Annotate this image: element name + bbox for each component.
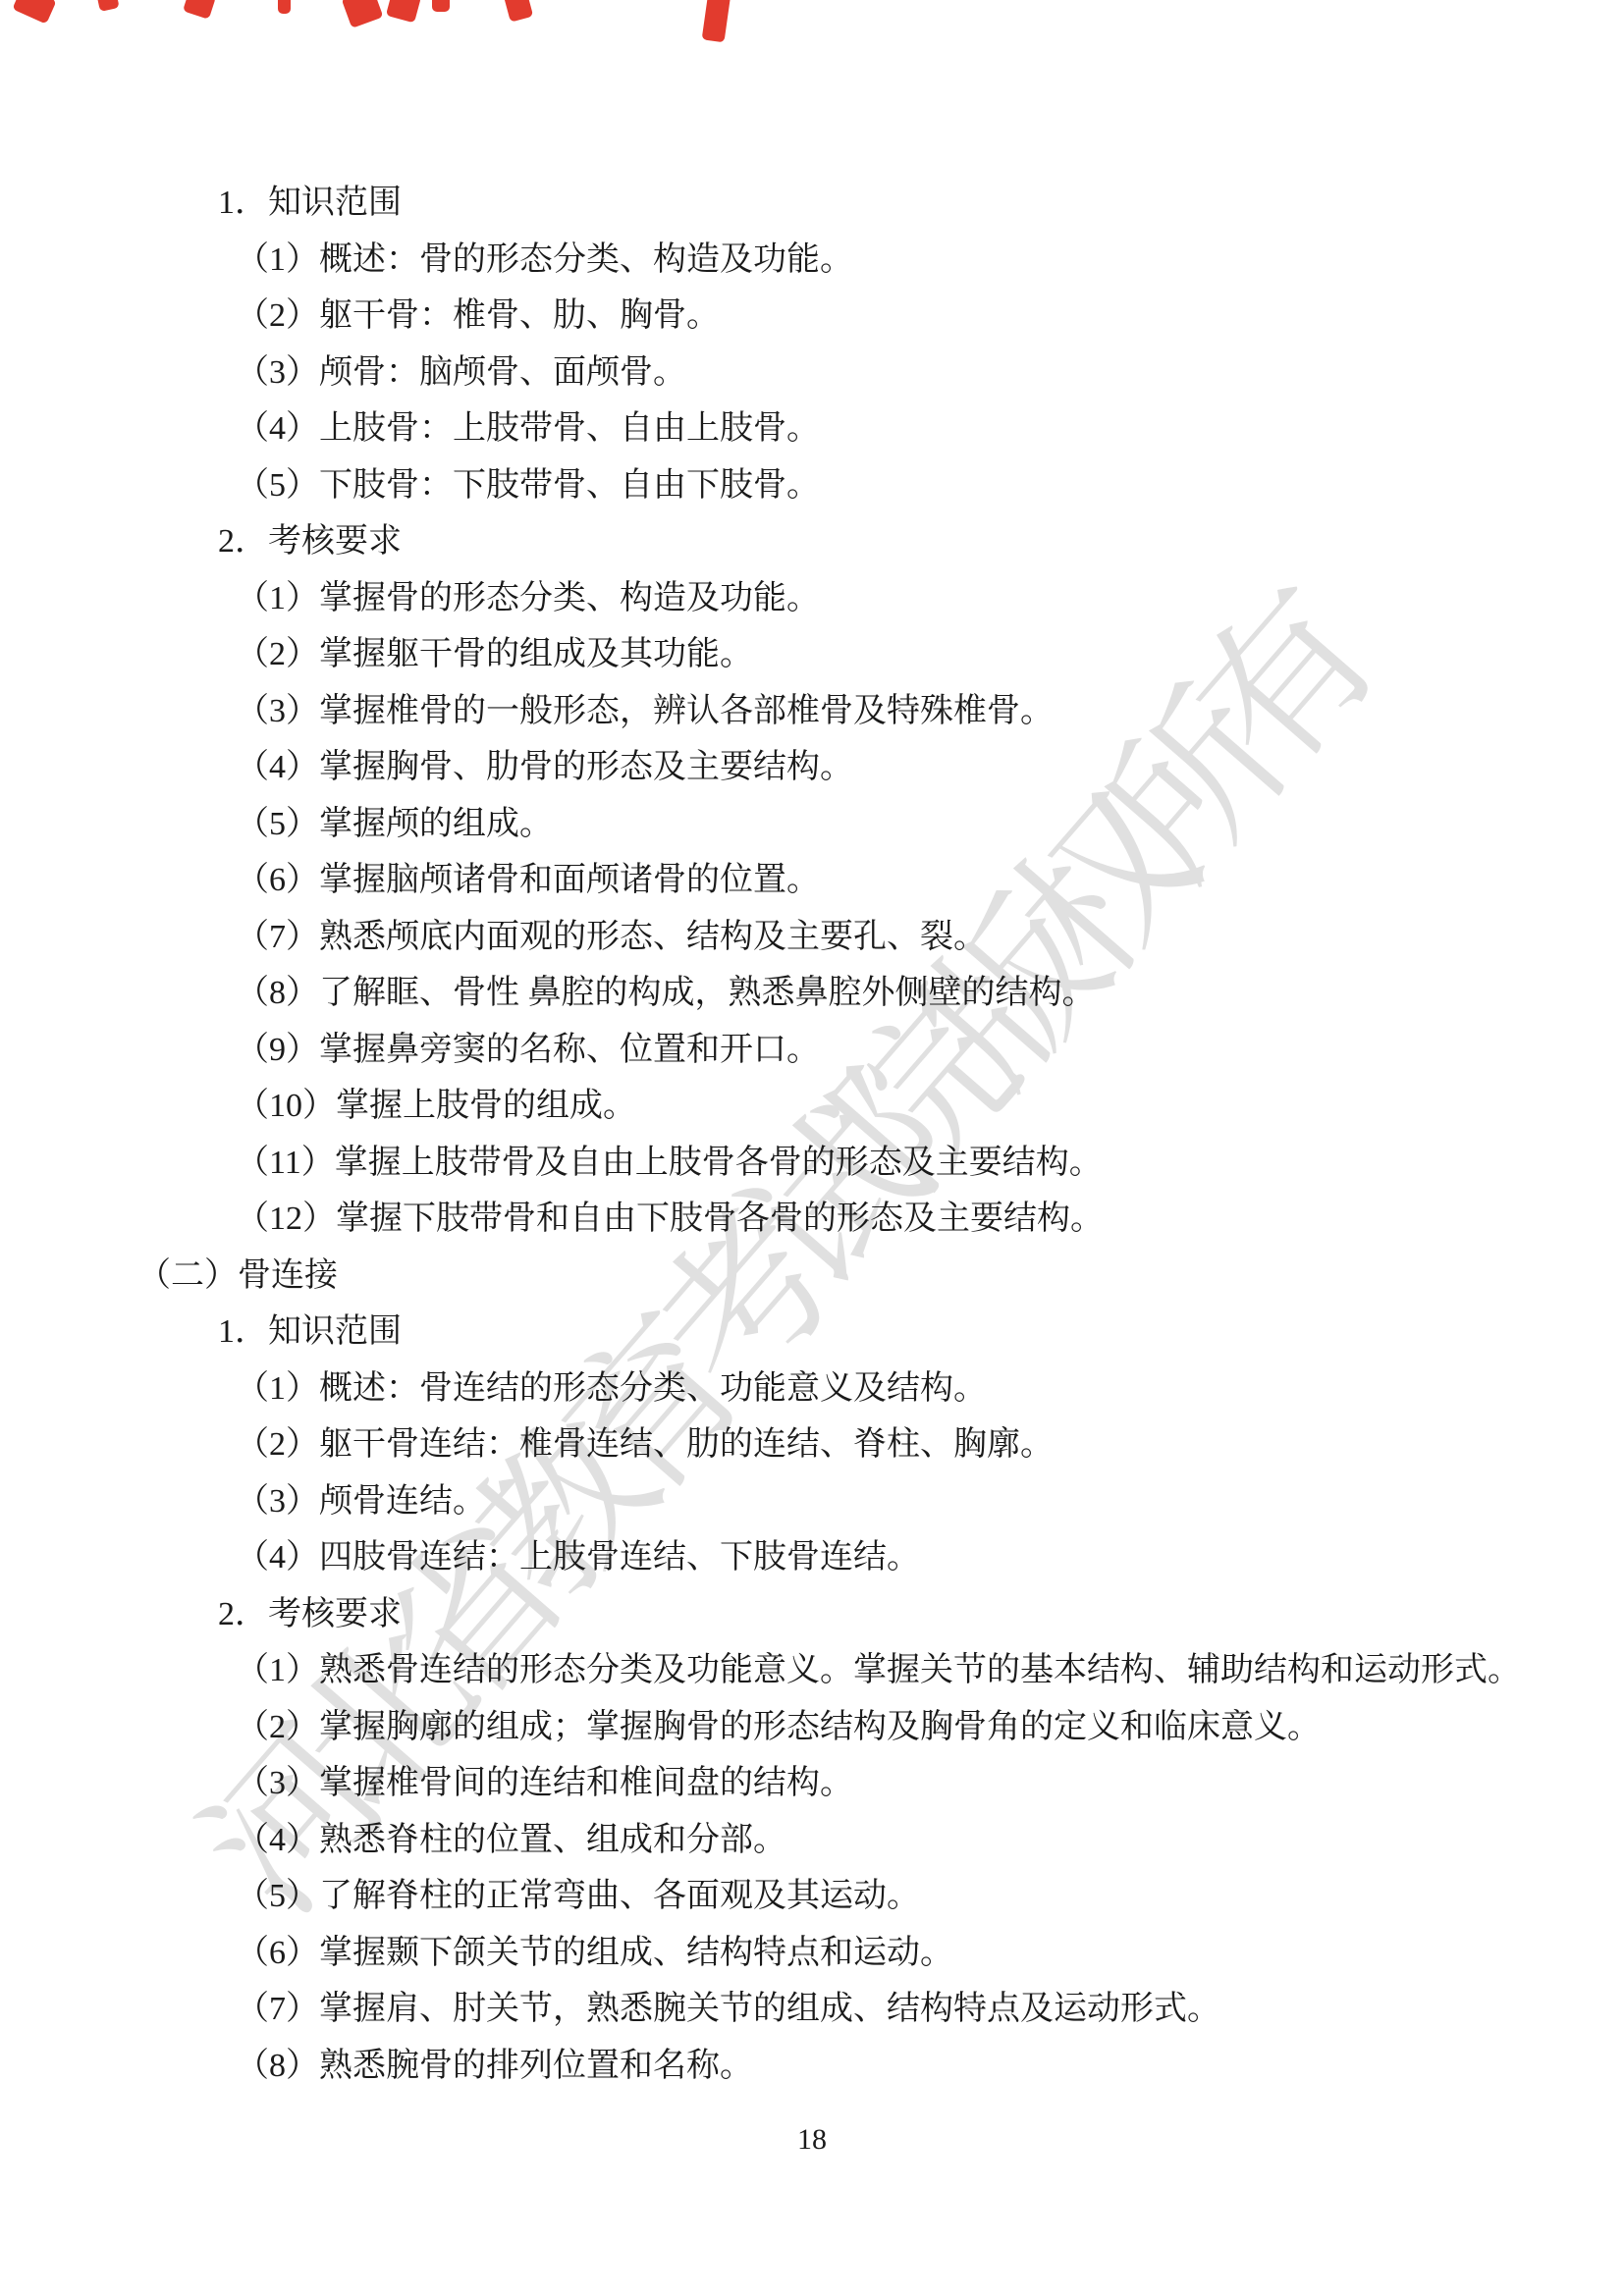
text-line: （11）掌握上肢带骨及自由上肢骨各骨的形态及主要结构。 [236, 1135, 1624, 1192]
text-line: （7）掌握肩、肘关节，熟悉腕关节的组成、结构特点及运动形式。 [236, 1981, 1624, 2038]
red-stroke-fragment [183, 0, 216, 20]
red-stroke-fragment [278, 0, 291, 14]
page-number: 18 [0, 2123, 1624, 2157]
red-stroke-fragment [702, 0, 731, 42]
text-line: （6）掌握颞下颌关节的组成、结构特点和运动。 [236, 1925, 1624, 1982]
text-line: （9）掌握鼻旁窦的名称、位置和开口。 [236, 1022, 1624, 1079]
text-line: （二）骨连接 [137, 1248, 1624, 1305]
text-line: （5）了解脊柱的正常弯曲、各面观及其运动。 [236, 1868, 1624, 1925]
text-line: （4）熟悉脊柱的位置、组成和分部。 [236, 1812, 1624, 1869]
text-line: （3）颅骨：脑颅骨、面颅骨。 [236, 345, 1624, 401]
text-line: （2）掌握躯干骨的组成及其功能。 [236, 626, 1624, 683]
text-line: （4）四肢骨连结：上肢骨连结、下肢骨连结。 [236, 1529, 1624, 1586]
text-line: （2）躯干骨连结：椎骨连结、肋的连结、脊柱、胸廓。 [236, 1416, 1624, 1473]
text-line: （6）掌握脑颅诸骨和面颅诸骨的位置。 [236, 852, 1624, 909]
text-line: 1．知识范围 [218, 1304, 1624, 1361]
red-stroke-fragment [432, 0, 450, 12]
document-page: 河北省教育考试院版权所有 1．知识范围（1）概述：骨的形态分类、构造及功能。（2… [0, 0, 1624, 2296]
text-line: 2．考核要求 [218, 513, 1624, 570]
text-line: 2．考核要求 [218, 1586, 1624, 1643]
red-stroke-fragment [12, 0, 56, 25]
text-line: （4）上肢骨：上肢带骨、自由上肢骨。 [236, 400, 1624, 457]
red-stroke-fragment [96, 0, 119, 12]
text-line: （5）掌握颅的组成。 [236, 796, 1624, 853]
text-line: （2）躯干骨：椎骨、肋、胸骨。 [236, 288, 1624, 345]
text-line: （8）了解眶、骨性 鼻腔的构成，熟悉鼻腔外侧壁的结构。 [236, 965, 1624, 1022]
text-line: （2）掌握胸廓的组成；掌握胸骨的形态结构及胸骨角的定义和临床意义。 [236, 1699, 1624, 1756]
text-line: （1）概述：骨连结的形态分类、功能意义及结构。 [236, 1361, 1624, 1417]
text-line: （1）概述：骨的形态分类、构造及功能。 [236, 232, 1624, 289]
text-line: （5）下肢骨：下肢带骨、自由下肢骨。 [236, 457, 1624, 514]
syllabus-text-block: 1．知识范围（1）概述：骨的形态分类、构造及功能。（2）躯干骨：椎骨、肋、胸骨。… [0, 0, 1624, 2094]
text-line: （8）熟悉腕骨的排列位置和名称。 [236, 2038, 1624, 2095]
text-line: （10）掌握上肢骨的组成。 [236, 1078, 1624, 1135]
text-line: （1）熟悉骨连结的形态分类及功能意义。掌握关节的基本结构、辅助结构和运动形式。 [236, 1642, 1624, 1699]
text-line: （4）掌握胸骨、肋骨的形态及主要结构。 [236, 739, 1624, 796]
text-line: （3）掌握椎骨间的连结和椎间盘的结构。 [236, 1755, 1624, 1812]
red-stroke-fragment [504, 0, 533, 23]
text-line: （12）掌握下肢带骨和自由下肢骨各骨的形态及主要结构。 [236, 1191, 1624, 1248]
text-line: （7）熟悉颅底内面观的形态、结构及主要孔、裂。 [236, 909, 1624, 966]
red-stroke-fragment [386, 0, 421, 23]
text-line: （3）掌握椎骨的一般形态，辨认各部椎骨及特殊椎骨。 [236, 683, 1624, 740]
text-line: （3）颅骨连结。 [236, 1473, 1624, 1530]
text-line: 1．知识范围 [218, 175, 1624, 232]
top-red-stroke-fragments [0, 0, 1624, 59]
text-line: （1）掌握骨的形态分类、构造及功能。 [236, 570, 1624, 627]
red-stroke-fragment [342, 0, 384, 28]
